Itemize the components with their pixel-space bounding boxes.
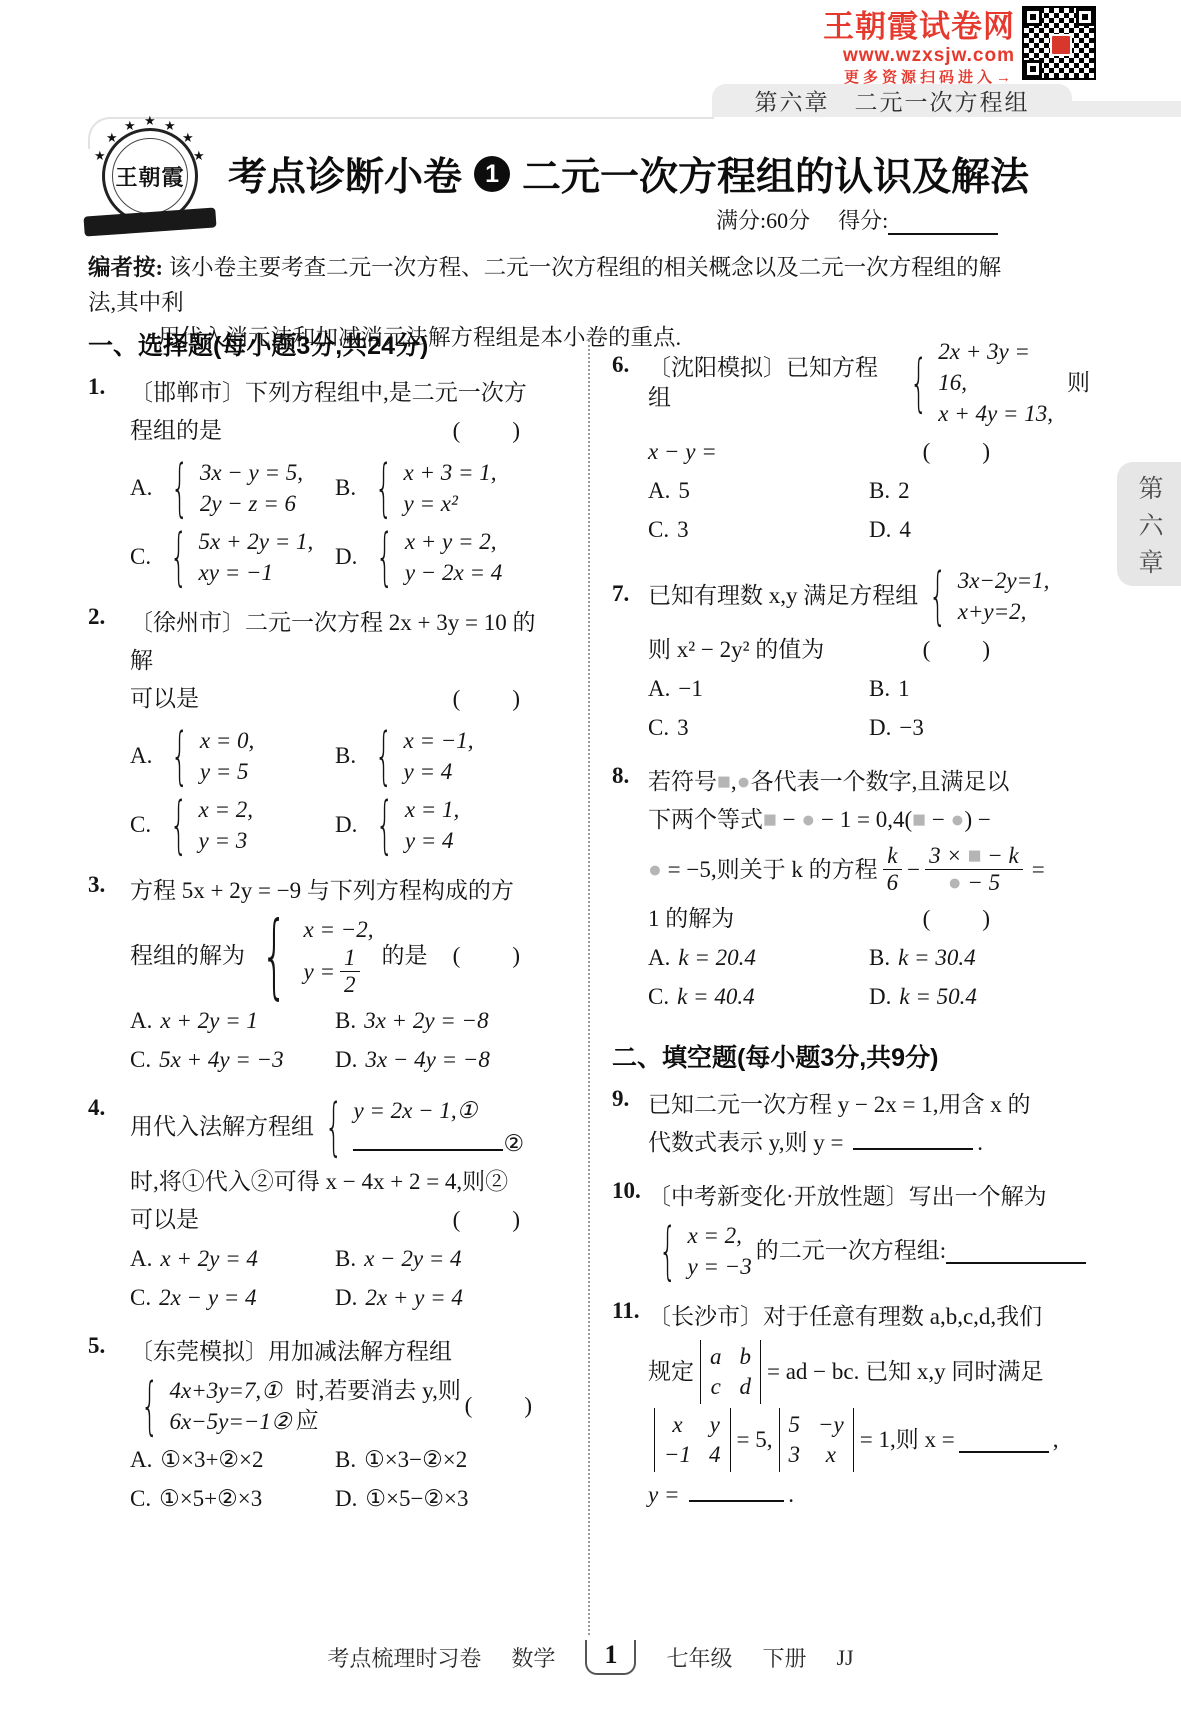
brace-icon: { xyxy=(170,529,188,585)
question-stem: 的是 xyxy=(382,941,428,971)
brace-icon: { xyxy=(375,460,393,516)
question-stem: 代数式表示 y,则 y = . xyxy=(648,1124,1090,1162)
question-stem: 〔沈阳模拟〕已知方程组 xyxy=(648,353,899,413)
option-key: B. xyxy=(335,469,356,507)
gray-square-symbol: ■ xyxy=(968,843,982,868)
option-key: B. xyxy=(335,1240,356,1278)
option-a: A. { 3x − y = 5,2y − z = 6 xyxy=(130,457,335,519)
determinant-entry: x xyxy=(664,1411,691,1439)
option-value: x + 2y = 4 xyxy=(160,1240,257,1278)
equation-line: x = 0, xyxy=(200,725,254,756)
option-key: B. xyxy=(869,670,890,708)
option-c: C. { 5x + 2y = 1,xy = −1 xyxy=(130,526,335,588)
footer-volume: 下册 xyxy=(762,1642,806,1673)
paper-number-badge: 1 xyxy=(474,156,510,192)
determinant-entry: 3 xyxy=(789,1441,801,1469)
question-stem: 方程 5x + 2y = −9 与下列方程构成的方 xyxy=(130,872,540,910)
question-stem: 规定 xyxy=(648,1357,694,1387)
fraction-numerator: 3 × ■ − k xyxy=(925,843,1023,869)
option-value: −1 xyxy=(678,670,702,708)
option-d: D.3x − 4y = −8 xyxy=(335,1041,540,1079)
score-blank xyxy=(888,211,998,235)
question-stem: 下两个等式■ − ● − 1 = 0,4(■ − ●) − xyxy=(648,801,1090,839)
footer-grade: 七年级 xyxy=(666,1642,732,1673)
option-a: A.−1 xyxy=(648,670,869,708)
star-icon: ★ xyxy=(144,113,156,129)
qr-finder-icon xyxy=(1024,8,1042,26)
equation-line: y = 4 xyxy=(405,825,459,856)
question-number: 1. xyxy=(88,374,105,400)
answer-paren: ( ) xyxy=(923,631,992,669)
question-stem: 的二元一次方程组: xyxy=(756,1236,946,1266)
answer-paren: ( ) xyxy=(923,900,992,938)
question-2: 2. 〔徐州市〕二元一次方程 2x + 3y = 10 的解 可以是 ( ) A… xyxy=(88,604,540,856)
option-a: A.x + 2y = 1 xyxy=(130,1002,335,1040)
option-key: D. xyxy=(335,1279,357,1317)
question-stem: . xyxy=(788,1482,794,1507)
equation-line: 3x − y = 5, xyxy=(200,457,303,488)
option-value: ①×3+②×2 xyxy=(160,1441,263,1479)
determinant-entry: −y xyxy=(818,1411,844,1439)
option-value: k = 50.4 xyxy=(899,978,976,1016)
option-d: D.2x + y = 4 xyxy=(335,1279,540,1317)
paper-type: 考点诊断小卷 xyxy=(228,146,462,202)
question-number: 5. xyxy=(88,1333,105,1359)
question-stem: 时,若要消去 y,则应 xyxy=(296,1376,465,1436)
fraction-denominator: 6 xyxy=(883,869,903,896)
question-stem: 1 的解为 xyxy=(648,900,734,938)
equation-line: x + y = 2, xyxy=(405,526,502,557)
option-value: 2x − y = 4 xyxy=(159,1279,256,1317)
option-b: B. { x = −1,y = 4 xyxy=(335,725,540,787)
option-key: C. xyxy=(130,1041,151,1079)
option-key: B. xyxy=(335,1441,356,1479)
option-key: C. xyxy=(648,511,669,549)
option-key: B. xyxy=(335,1002,356,1040)
option-b: B.x − 2y = 4 xyxy=(335,1240,540,1278)
option-value: x − 2y = 4 xyxy=(364,1240,461,1278)
gray-circle-symbol: ● xyxy=(801,807,815,832)
question-number: 3. xyxy=(88,872,105,898)
option-key: A. xyxy=(648,939,670,977)
question-stem: , xyxy=(1053,1425,1059,1455)
option-a: A.5 xyxy=(648,472,869,510)
equation-line: x = 1, xyxy=(405,794,459,825)
equation-line: x = −1, xyxy=(404,725,474,756)
determinant-entry: 5 xyxy=(789,1411,801,1439)
badge-ribbon xyxy=(83,207,216,236)
question-stem: ● = −5,则关于 k 的方程 xyxy=(648,855,878,885)
determinant-entry: a xyxy=(710,1343,722,1371)
option-key: D. xyxy=(869,978,891,1016)
option-key: C. xyxy=(130,538,151,576)
option-d: D.−3 xyxy=(869,709,1090,747)
option-value: 3x + 2y = −8 xyxy=(364,1002,488,1040)
option-key: A. xyxy=(130,1002,152,1040)
option-c: C.k = 40.4 xyxy=(648,978,869,1016)
equation-line: y = 4 xyxy=(404,756,474,787)
score-line: 满分:60分 得分: xyxy=(716,204,1008,235)
question-11: 11. 〔长沙市〕对于任意有理数 a,b,c,d,我们 规定 ab cd = a… xyxy=(612,1298,1090,1514)
determinant-entry: 4 xyxy=(709,1441,721,1469)
score-label: 得分: xyxy=(838,204,888,235)
gray-square-symbol: ■ xyxy=(912,807,926,832)
brand-block: 王朝霞试卷网 www.wzxsjw.com 更多资源扫码进入→ xyxy=(690,10,1015,86)
question-stem: 用代入法解方程组 xyxy=(130,1112,314,1142)
fraction-denominator: ● − 5 xyxy=(925,869,1023,896)
equation-tag: ② xyxy=(503,1131,524,1156)
option-d: D.4 xyxy=(869,511,1090,549)
brand-url: www.wzxsjw.com xyxy=(690,46,1015,67)
qr-center-emblem-icon xyxy=(1050,34,1072,56)
option-key: A. xyxy=(130,469,152,507)
option-value: 2 xyxy=(898,472,910,510)
option-key: D. xyxy=(869,709,891,747)
option-key: B. xyxy=(335,737,356,775)
equation-line: x = −2, xyxy=(304,914,374,945)
question-stem: 则 xyxy=(1067,368,1090,398)
option-key: C. xyxy=(130,806,151,844)
question-6: 6. 〔沈阳模拟〕已知方程组 { 2x + 3y = 16, x + 4y = … xyxy=(612,336,1090,549)
answer-blank xyxy=(689,1477,784,1502)
gray-square-symbol: ■ xyxy=(717,769,731,794)
brace-icon: { xyxy=(171,460,189,516)
option-value: 2x + y = 4 xyxy=(365,1279,462,1317)
equation-line: y = −3 xyxy=(687,1251,751,1282)
equation-line: y − 2x = 4 xyxy=(405,557,502,588)
option-a: A.x + 2y = 4 xyxy=(130,1240,335,1278)
footer-series: 考点梳理时习卷 xyxy=(327,1642,481,1673)
brace-icon: { xyxy=(170,797,188,853)
option-b: B.1 xyxy=(869,670,1090,708)
qr-finder-icon xyxy=(1024,60,1042,78)
brand-badge: ★ ★ ★ ★ ★ ★ ★ 王朝霞 xyxy=(92,118,208,234)
question-number: 10. xyxy=(612,1178,641,1204)
determinant-entry: −1 xyxy=(664,1441,691,1469)
brace-icon: { xyxy=(376,797,394,853)
equation-line: xy = −1 xyxy=(199,557,314,588)
footer-subject: 数学 xyxy=(511,1642,555,1673)
brace-icon: { xyxy=(910,355,928,411)
fraction-numerator: k xyxy=(883,843,903,869)
option-c: C.3 xyxy=(648,709,869,747)
paper-main-title: 二元一次方程组的认识及解法 xyxy=(522,146,1029,202)
brace-icon: { xyxy=(325,1099,343,1155)
option-key: A. xyxy=(130,737,152,775)
answer-blank xyxy=(853,1125,973,1150)
badge-inner: 王朝霞 xyxy=(112,138,188,214)
question-stem: 〔邯郸市〕下列方程组中,是二元一次方 xyxy=(130,374,540,412)
determinant-entry: d xyxy=(740,1373,752,1401)
equation-line: ② xyxy=(353,1126,524,1159)
option-c: C.2x − y = 4 xyxy=(130,1279,335,1317)
option-d: D.①×5−②×3 xyxy=(335,1480,540,1518)
option-key: A. xyxy=(130,1441,152,1479)
question-stem: 时,将①代入②可得 x − 4x + 2 = 4,则② xyxy=(130,1163,540,1201)
footer-edition: JJ xyxy=(836,1645,853,1671)
determinant-entry: c xyxy=(710,1373,722,1401)
question-stem: 代数式表示 y,则 y = xyxy=(648,1130,843,1155)
question-stem: 〔东莞模拟〕用加减法解方程组 xyxy=(130,1333,540,1371)
qr-code-icon xyxy=(1024,8,1094,78)
question-8: 8. 若符号■,●各代表一个数字,且满足以 下两个等式■ − ● − 1 = 0… xyxy=(612,763,1090,1016)
equation-line: 5x + 2y = 1, xyxy=(199,526,314,557)
brand-logo-text: 王朝霞试卷网 xyxy=(690,10,1015,44)
option-c: C. { x = 2,y = 3 xyxy=(130,794,335,856)
option-d: D. { x = 1,y = 4 xyxy=(335,794,540,856)
equation-part: y = xyxy=(304,956,335,987)
question-9: 9. 已知二元一次方程 y − 2x = 1,用含 x 的 代数式表示 y,则 … xyxy=(612,1086,1090,1162)
chapter-tab: 第六章 二元一次方程组 xyxy=(712,84,1072,117)
determinant: 5−y 3x xyxy=(779,1408,854,1472)
right-column: 6. 〔沈阳模拟〕已知方程组 { 2x + 3y = 16, x + 4y = … xyxy=(612,326,1090,1530)
brace-icon: { xyxy=(261,915,287,998)
brace-icon: { xyxy=(171,728,189,784)
question-stem: 〔徐州市〕二元一次方程 2x + 3y = 10 的解 xyxy=(130,604,540,680)
equation-line: 2y − z = 6 xyxy=(200,488,303,519)
question-stem: 〔中考新变化·开放性题〕写出一个解为 xyxy=(648,1178,1090,1216)
fraction-numerator: 1 xyxy=(340,945,360,971)
question-number: 9. xyxy=(612,1086,629,1112)
option-value: 4 xyxy=(899,511,911,549)
question-stem: 程组的解为 xyxy=(130,941,245,971)
option-a: A.k = 20.4 xyxy=(648,939,869,977)
equation-line: y = 12 xyxy=(304,945,374,998)
question-number: 7. xyxy=(612,581,629,607)
question-stem: 可以是 xyxy=(130,1201,199,1239)
option-key: C. xyxy=(648,709,669,747)
option-b: B.3x + 2y = −8 xyxy=(335,1002,540,1040)
equation-line: 4x+3y=7,① xyxy=(169,1375,291,1406)
equation-line: x = 2, xyxy=(687,1220,751,1251)
option-b: B. { x + 3 = 1,y = x² xyxy=(335,457,540,519)
section-1-header: 一、选择题(每小题3分,共24分) xyxy=(88,326,540,362)
determinant-entry: b xyxy=(740,1343,752,1371)
option-value: k = 20.4 xyxy=(678,939,755,977)
determinant-entry: y xyxy=(709,1411,721,1439)
brace-icon: { xyxy=(375,728,393,784)
chapter-side-tab-label: 第六章 xyxy=(1131,463,1167,586)
column-divider xyxy=(588,340,590,1635)
question-number: 6. xyxy=(612,352,629,378)
question-number: 11. xyxy=(612,1298,639,1324)
option-value: 5x + 4y = −3 xyxy=(159,1041,283,1079)
equation-line: 2x + 3y = 16, xyxy=(938,336,1063,398)
option-key: A. xyxy=(648,472,670,510)
option-value: 3 xyxy=(677,709,689,747)
option-key: D. xyxy=(335,806,357,844)
equation-line: y = 2x − 1,① xyxy=(353,1095,524,1126)
option-c: C.①×5+②×3 xyxy=(130,1480,335,1518)
question-7: 7. 已知有理数 x,y 满足方程组 { 3x−2y=1, x+y=2, 则 x… xyxy=(612,565,1090,747)
option-key: C. xyxy=(130,1279,151,1317)
question-stem: 〔长沙市〕对于任意有理数 a,b,c,d,我们 xyxy=(648,1298,1090,1336)
page-footer: 考点梳理时习卷 数学 1 七年级 下册 JJ xyxy=(0,1640,1181,1675)
option-d: D.k = 50.4 xyxy=(869,978,1090,1016)
equation-line: x = 2, xyxy=(199,794,253,825)
brace-icon: { xyxy=(659,1223,677,1279)
question-stem: 则 x² − 2y² 的值为 xyxy=(648,631,824,669)
question-5: 5. 〔东莞模拟〕用加减法解方程组 { 4x+3y=7,① 6x−5y=−1② … xyxy=(88,1333,540,1518)
question-stem: 程组的是 xyxy=(130,412,222,450)
question-number: 2. xyxy=(88,604,105,630)
equation-line: 3x−2y=1, xyxy=(958,565,1050,596)
option-value: x + 2y = 1 xyxy=(160,1002,257,1040)
option-value: ①×3−②×2 xyxy=(364,1441,467,1479)
option-value: 3x − 4y = −8 xyxy=(365,1041,489,1079)
option-b: B.k = 30.4 xyxy=(869,939,1090,977)
question-stem: = 5, xyxy=(737,1425,773,1455)
equation-line: y = 3 xyxy=(199,825,253,856)
option-c: C.5x + 4y = −3 xyxy=(130,1041,335,1079)
option-key: A. xyxy=(130,1240,152,1278)
answer-paren: ( ) xyxy=(453,1201,522,1239)
option-key: C. xyxy=(130,1480,151,1518)
option-key: A. xyxy=(648,670,670,708)
equation-line: 6x−5y=−1② xyxy=(169,1406,291,1437)
option-value: ①×5−②×3 xyxy=(365,1480,468,1518)
operator: = xyxy=(1032,855,1045,885)
equation-line: x+y=2, xyxy=(958,596,1050,627)
option-key: D. xyxy=(335,538,357,576)
question-number: 8. xyxy=(612,763,629,789)
question-stem: x − y = xyxy=(648,433,717,471)
question-number: 4. xyxy=(88,1095,105,1121)
qr-finder-icon xyxy=(1076,8,1094,26)
left-column: 一、选择题(每小题3分,共24分) 1. 〔邯郸市〕下列方程组中,是二元一次方 … xyxy=(88,326,540,1534)
question-stem: 若符号■,●各代表一个数字,且满足以 xyxy=(648,763,1090,801)
option-value: 5 xyxy=(678,472,690,510)
brace-icon: { xyxy=(376,529,394,585)
gray-circle-symbol: ● xyxy=(648,857,662,882)
page-title: 考点诊断小卷 1 二元一次方程组的认识及解法 xyxy=(228,146,1028,202)
option-key: D. xyxy=(335,1480,357,1518)
gray-square-symbol: ■ xyxy=(763,807,777,832)
question-stem: . xyxy=(977,1130,983,1155)
editor-note-label: 编者按: xyxy=(88,255,163,280)
brace-icon: { xyxy=(929,568,947,624)
full-score-label: 满分:60分 xyxy=(716,204,810,235)
option-d: D. { x + y = 2,y − 2x = 4 xyxy=(335,526,540,588)
question-1: 1. 〔邯郸市〕下列方程组中,是二元一次方 程组的是 ( ) A. { 3x −… xyxy=(88,374,540,588)
option-key: D. xyxy=(335,1041,357,1079)
option-c: C.3 xyxy=(648,511,869,549)
answer-blank xyxy=(959,1428,1049,1453)
option-a: A. { x = 0,y = 5 xyxy=(130,725,335,787)
option-value: 3 xyxy=(677,511,689,549)
editor-note-text: 该小卷主要考查二元一次方程、二元一次方程组的相关概念以及二元一次方程组的解法,其… xyxy=(88,255,1001,315)
option-key: D. xyxy=(869,511,891,549)
gray-circle-symbol: ● xyxy=(737,769,751,794)
question-stem: 可以是 xyxy=(130,680,199,718)
page-number-book-icon: 1 xyxy=(585,1640,636,1675)
gray-circle-symbol: ● xyxy=(948,870,962,895)
question-10: 10. 〔中考新变化·开放性题〕写出一个解为 { x = 2, y = −3 的… xyxy=(612,1178,1090,1282)
fraction-denominator: 2 xyxy=(340,971,360,998)
option-value: k = 40.4 xyxy=(677,978,754,1016)
chapter-tab-strip xyxy=(1060,101,1181,117)
chapter-side-tab: 第六章 xyxy=(1117,462,1181,586)
option-key: C. xyxy=(648,978,669,1016)
equation-line: y = 5 xyxy=(200,756,254,787)
option-key: B. xyxy=(869,939,890,977)
answer-paren: ( ) xyxy=(923,433,992,471)
answer-paren: ( ) xyxy=(453,941,522,971)
equation-line: x + 3 = 1, xyxy=(404,457,497,488)
option-value: k = 30.4 xyxy=(898,939,975,977)
question-3: 3. 方程 5x + 2y = −9 与下列方程构成的方 程组的解为 { x =… xyxy=(88,872,540,1079)
exam-paper-page: { "header": { "brand_title": "王朝霞试卷网", "… xyxy=(0,0,1181,1730)
option-key: B. xyxy=(869,472,890,510)
equation-line: x + 4y = 13, xyxy=(938,398,1063,429)
question-stem: = ad − bc. 已知 x,y 同时满足 xyxy=(767,1357,1043,1387)
question-stem: y = xyxy=(648,1482,679,1507)
question-4: 4. 用代入法解方程组 { y = 2x − 1,① ② 时,将①代入②可得 x… xyxy=(88,1095,540,1317)
equation-blank xyxy=(353,1126,503,1151)
option-value: 1 xyxy=(898,670,910,708)
option-b: B.①×3−②×2 xyxy=(335,1441,540,1479)
answer-blank xyxy=(946,1239,1086,1264)
determinant: ab cd xyxy=(700,1340,761,1404)
determinant-entry: x xyxy=(818,1441,844,1469)
option-value: ①×5+②×3 xyxy=(159,1480,262,1518)
option-a: A.①×3+②×2 xyxy=(130,1441,335,1479)
operator: − xyxy=(907,855,920,885)
answer-paren: ( ) xyxy=(453,680,522,718)
answer-paren: ( ) xyxy=(465,1391,534,1421)
question-stem: 已知有理数 x,y 满足方程组 xyxy=(648,581,918,611)
badge-brand-text: 王朝霞 xyxy=(115,161,184,192)
answer-paren: ( ) xyxy=(453,412,522,450)
determinant: xy −14 xyxy=(654,1408,731,1472)
equation-line: y = x² xyxy=(404,488,497,519)
option-value: −3 xyxy=(899,709,923,747)
question-stem: 已知二元一次方程 y − 2x = 1,用含 x 的 xyxy=(648,1086,1090,1124)
brace-icon: { xyxy=(141,1378,159,1434)
section-2-header: 二、填空题(每小题3分,共9分) xyxy=(612,1038,1090,1074)
option-b: B.2 xyxy=(869,472,1090,510)
question-stem: = 1,则 x = xyxy=(860,1425,955,1455)
gray-circle-symbol: ● xyxy=(951,807,965,832)
